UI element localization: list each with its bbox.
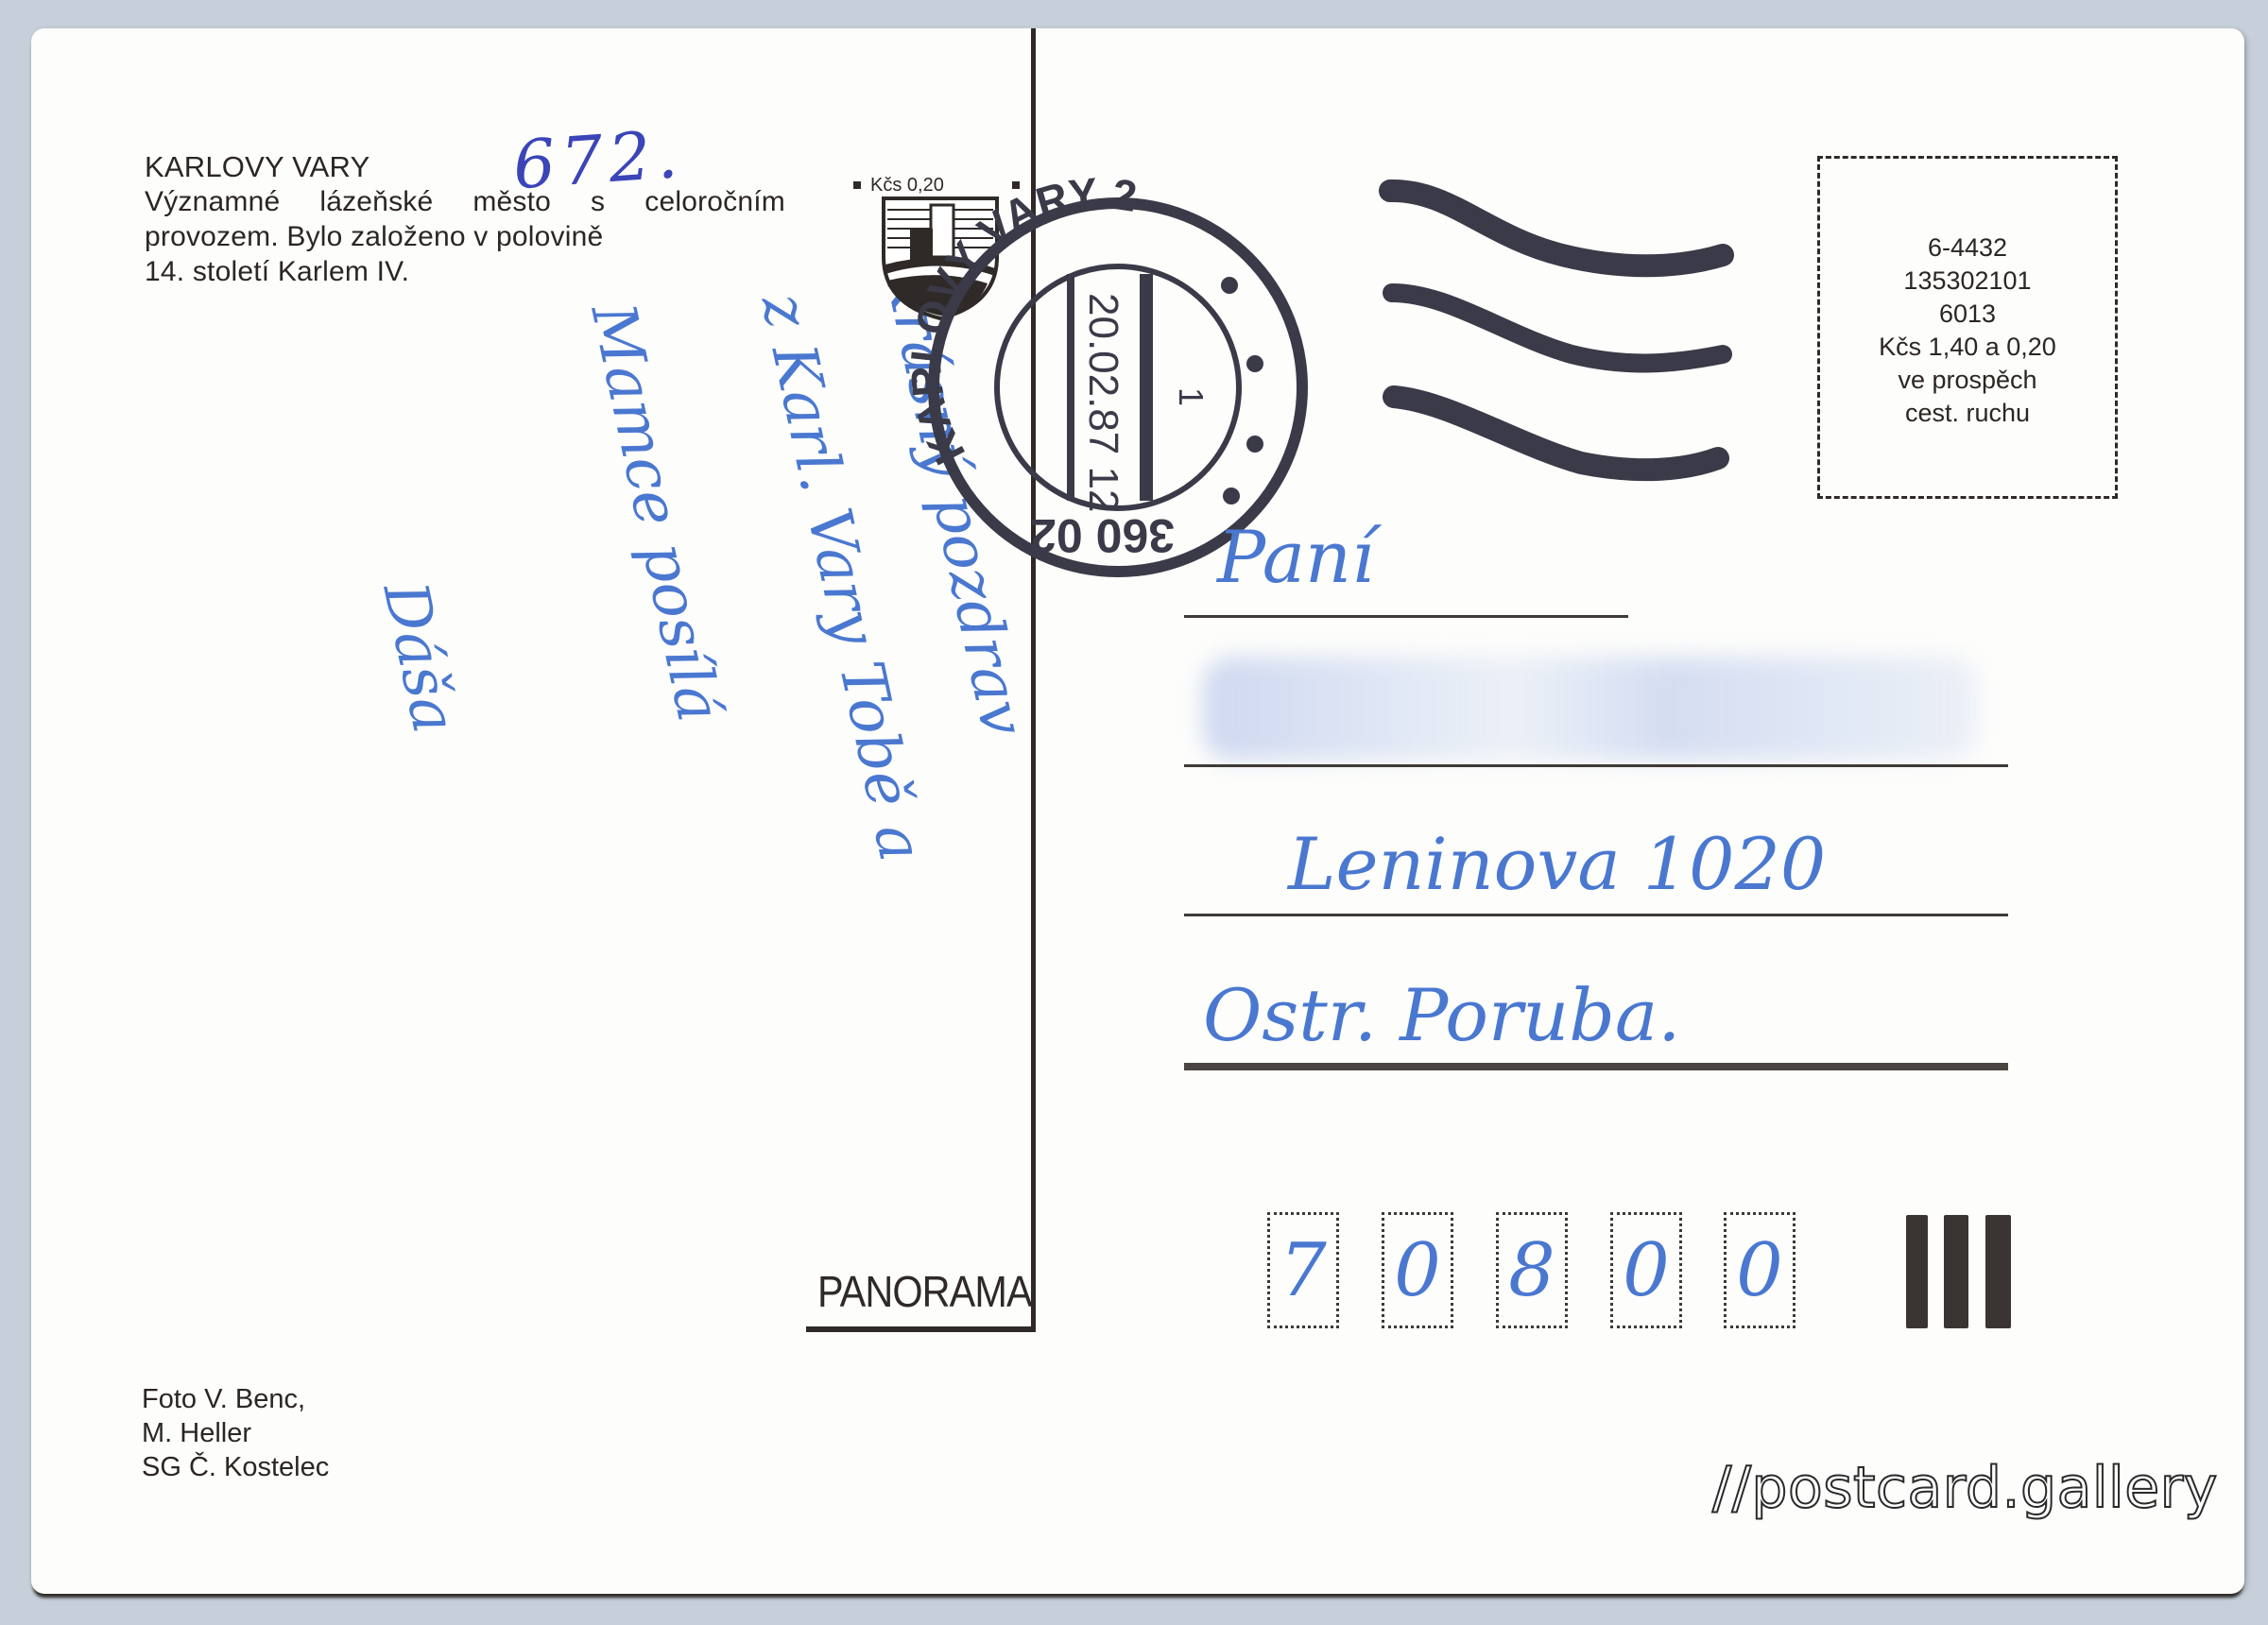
credit-line-3: SG Č. Kostelec — [142, 1450, 329, 1484]
publisher-logo: PANORAMA — [817, 1266, 1032, 1317]
postmark-postcode: 360 02 — [1030, 509, 1175, 562]
message-signature: Dáša — [369, 576, 470, 739]
postage-line-5: ve prospěch — [1820, 364, 2115, 397]
address-rule-4 — [1184, 1063, 2008, 1070]
address-rule-3 — [1184, 914, 2008, 916]
postal-code-box-1[interactable]: 7 — [1267, 1212, 1339, 1328]
postal-digit-2: 0 — [1384, 1228, 1451, 1313]
credit-line-1: Foto V. Benc, — [142, 1382, 329, 1416]
postage-box: 6-4432 135302101 6013 Kčs 1,40 a 0,20 ve… — [1817, 156, 2118, 499]
message-column-3: Mamce posílá — [577, 298, 734, 727]
caption: KARLOVY VARY Významné lázeňské město s c… — [145, 149, 785, 289]
watermark: //postcard.gallery — [1712, 1455, 2218, 1521]
postal-code-box-4[interactable]: 0 — [1610, 1212, 1682, 1328]
sorting-bar-1 — [1906, 1215, 1928, 1328]
address-line-3: Leninova 1020 — [1288, 822, 1826, 906]
postage-line-1: 6-4432 — [1820, 231, 2115, 265]
sorting-bar-2 — [1944, 1215, 1968, 1328]
postal-code-box-2[interactable]: 0 — [1382, 1212, 1453, 1328]
postal-digit-3: 8 — [1499, 1228, 1565, 1313]
sorting-bar-3 — [1985, 1215, 2011, 1328]
address-rule-1 — [1184, 615, 1628, 618]
postage-line-4: Kčs 1,40 a 0,20 — [1820, 331, 2115, 364]
postal-code-box-5[interactable]: 0 — [1724, 1212, 1795, 1328]
postal-digit-5: 0 — [1727, 1228, 1793, 1313]
postage-line-3: 6013 — [1820, 298, 2115, 331]
postal-digit-4: 0 — [1613, 1228, 1679, 1313]
postage-line-2: 135302101 — [1820, 265, 2115, 298]
postage-line-6: cest. ruchu — [1820, 397, 2115, 430]
postal-code-box-3[interactable]: 8 — [1496, 1212, 1568, 1328]
postmark-date: 20.02.87 12 — [1080, 293, 1126, 512]
address-line-4: Ostr. Poruba. — [1203, 973, 1680, 1057]
credit-line-2: M. Heller — [142, 1416, 329, 1450]
photo-credits: Foto V. Benc, M. Heller SG Č. Kostelec — [142, 1382, 329, 1484]
address-line-2-redacted — [1203, 657, 1978, 761]
caption-line-1: Významné lázeňské město s celoročním — [145, 184, 785, 219]
address-line-1: Paní — [1217, 515, 1374, 599]
postmark-counter: 1 — [1172, 387, 1211, 406]
postal-digit-1: 7 — [1270, 1228, 1336, 1313]
postcard-back: 672. KARLOVY VARY Významné lázeňské měst… — [31, 28, 2244, 1594]
caption-line-2: provozem. Bylo založeno v polovině — [145, 219, 785, 254]
address-rule-2 — [1184, 764, 2008, 767]
caption-line-3: 14. století Karlem IV. — [145, 254, 785, 289]
caption-title: KARLOVY VARY — [145, 149, 785, 184]
divider-horizontal — [806, 1326, 1036, 1332]
cancellation-waves — [1373, 170, 1751, 520]
